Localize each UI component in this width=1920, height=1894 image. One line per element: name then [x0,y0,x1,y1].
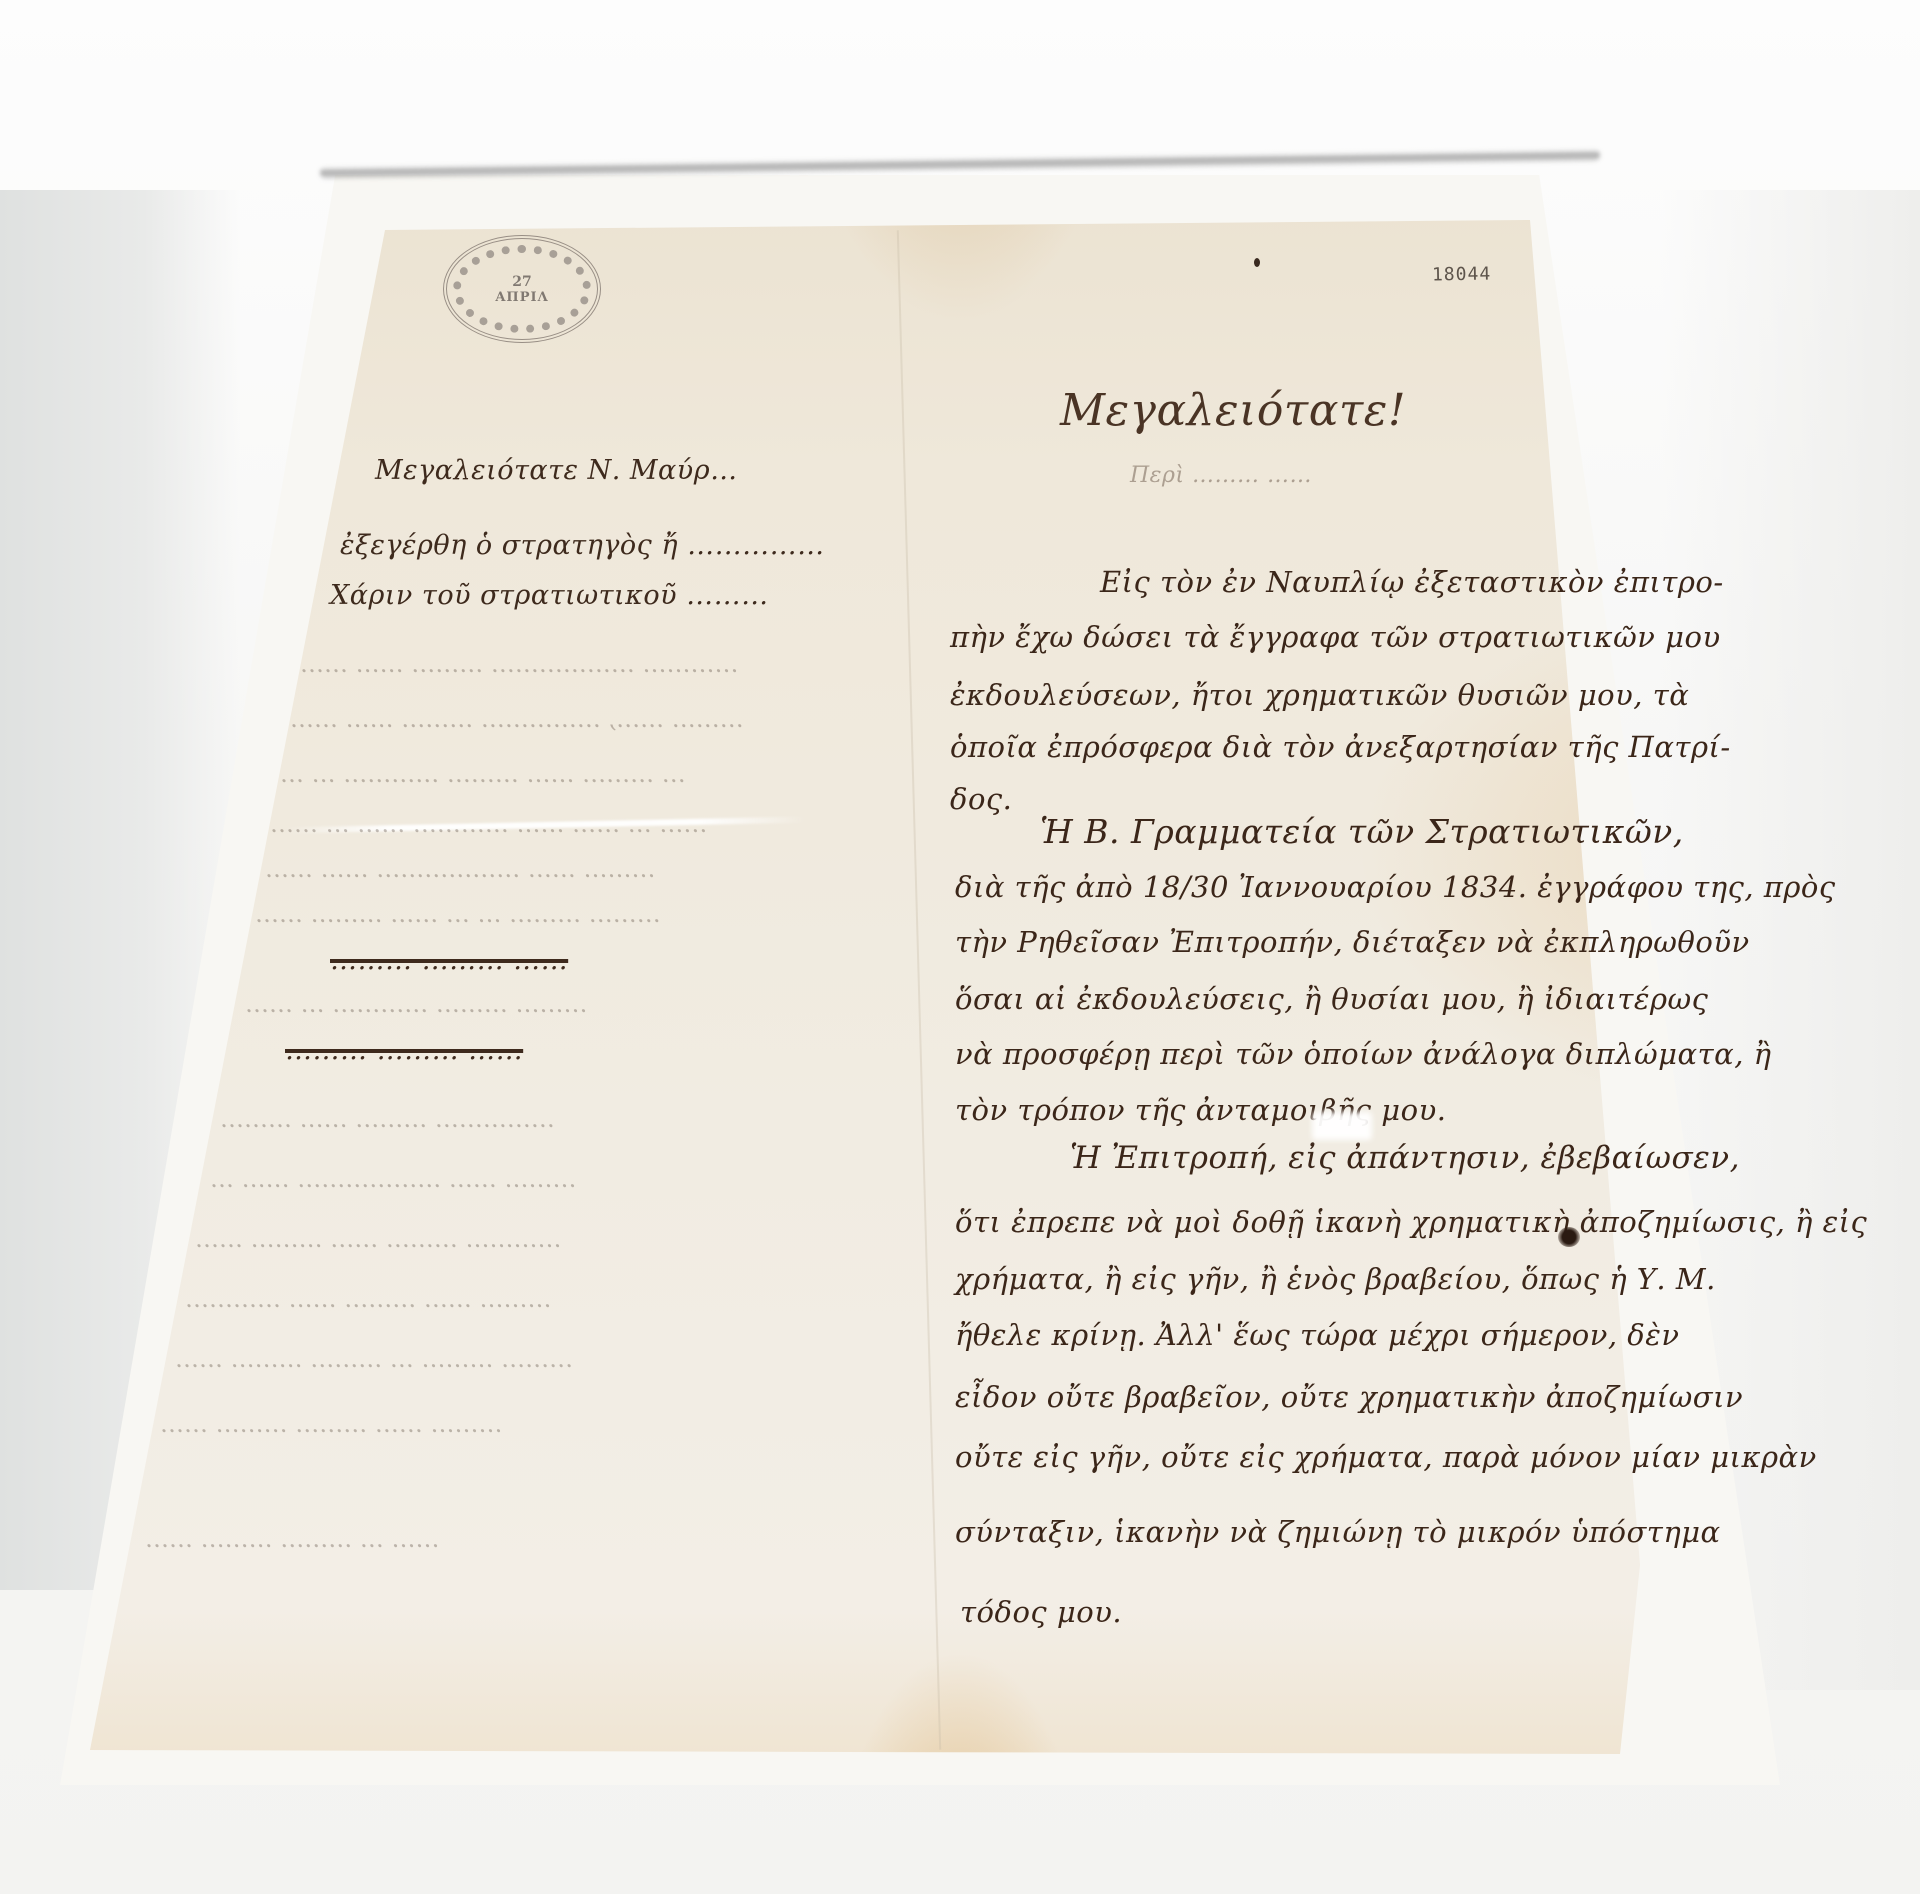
letter-line: οὔτε εἰς γῆν, οὔτε εἰς χρήματα, παρὰ μόν… [955,1440,1817,1474]
bleed-through-line: ……… …… ……… ……… …… [160,1410,503,1438]
bleed-through-line: ………… ……………… ……… …… …… [300,650,739,678]
bleed-through-line: …… … ……… ……… …… [145,1525,440,1553]
letter-line: τόδος μου. [960,1595,1122,1629]
bleed-through-line: …………… ……… …… ……… [220,1105,555,1133]
glass-case-rim [320,149,1600,179]
catalog-number: 18044 [1432,263,1492,285]
struck-line: ……… ……… …… [330,945,568,976]
stamp-month: ΑΠΡΙΛ [495,290,548,305]
letter-line: Ἡ Ἐπιτροπή, εἰς ἀπάντησιν, ἐβεβαίωσεν, [1070,1140,1740,1176]
letter-line: σύνταξιν, ἱκανὴν νὰ ζημιώνῃ τὸ μικρόν ὑπ… [955,1515,1721,1549]
letter-line: ὁποῖα ἐπρόσφερα διὰ τὸν ἀνεξαρτησίαν τῆς… [950,730,1731,764]
bleed-through-line: ……… ……… … … …… ……… …… [255,900,661,928]
letter-line: ἤθελε κρίνῃ. Ἀλλ' ἕως τώρα μέχρι σήμερον… [955,1318,1679,1352]
stamp-number: 27 [512,274,531,290]
letter-salutation: Μεγαλειότατε! [1060,385,1406,436]
letter-line: πὴν ἔχω δώσει τὰ ἔγγραφα τῶν στρατιωτικῶ… [950,620,1721,654]
bleed-through-line: ……… …… ……………… …… … [210,1165,577,1193]
letter-line: Εἰς τὸν ἐν Ναυπλίῳ ἐξεταστικὸν ἐπιτρο- [1100,565,1724,599]
glass-glare [1312,1112,1372,1140]
bleed-through-line: ……… …… ……………… …… …… [265,855,656,883]
ink-dot [1254,258,1260,267]
bleed-through-line: ……… …… ……… …… ………… [185,1285,552,1313]
ink-blot [1558,1227,1580,1247]
left-column-line: Χάριν τοῦ στρατιωτικοῦ ……… [330,580,769,611]
letter-line: νὰ προσφέρῃ περὶ τῶν ὁποίων ἀνάλογα διπλ… [955,1037,1772,1071]
letter-subheading: Περὶ ……… …… [1130,463,1312,488]
bleed-through-line: … ……… …… ……… ………… … … [280,760,686,788]
letter-line: δος. [950,782,1012,816]
letter-line: ὅτι ἐπρεπε νὰ μοὶ δοθῇ ἱκανὴ χρηματικὴ ἀ… [955,1205,1867,1239]
bleed-through-line: ……… ……… … ……… ……… …… [175,1345,573,1373]
bleed-through-line: ……… ……, …………… ……… …… …… [290,705,744,733]
bleed-through-line: ……… ……… ………… … …… [245,990,588,1018]
letter-line: τὸν τρόπον τῆς ἀνταμοιβῆς μου. [955,1093,1446,1127]
letter-line: εἶδον οὔτε βραβεῖον, οὔτε χρηματικὴν ἀπο… [955,1380,1743,1414]
struck-line: ……… ……… …… [285,1035,523,1066]
letter-line: Ἡ Β. Γραμματεία τῶν Στρατιωτικῶν, [1040,812,1684,851]
left-column-line: ἐξεγέρθη ὁ στρατηγὸς ἤ …………… [340,530,825,561]
bleed-through-line: ………… ……… …… ……… …… [195,1225,562,1253]
letter-line: τὴν Ρηθεῖσαν Ἐπιτροπήν, διέταξεν νὰ ἐκπλ… [955,925,1750,959]
letter-line: διὰ τῆς ἀπὸ 18/30 Ἰαννουαρίου 1834. ἐγγρ… [955,870,1836,904]
letter-line: ὅσαι αἱ ἐκδουλεύσεις, ἢ θυσίαι μου, ἢ ἰδ… [955,982,1708,1016]
letter-line: ἐκδουλεύσεων, ἤτοι χρηματικῶν θυσιῶν μου… [950,678,1689,712]
left-column-heading: Μεγαλειότατε Ν. Μαύρ… [375,455,738,486]
archive-stamp: 27 ΑΠΡΙΛ [443,235,601,343]
bleed-through-line: …… … …… …… ………… …… … …… [270,810,707,838]
letter-line: χρήματα, ἢ εἰς γῆν, ἢ ἑνὸς βραβείου, ὅπω… [955,1262,1716,1296]
